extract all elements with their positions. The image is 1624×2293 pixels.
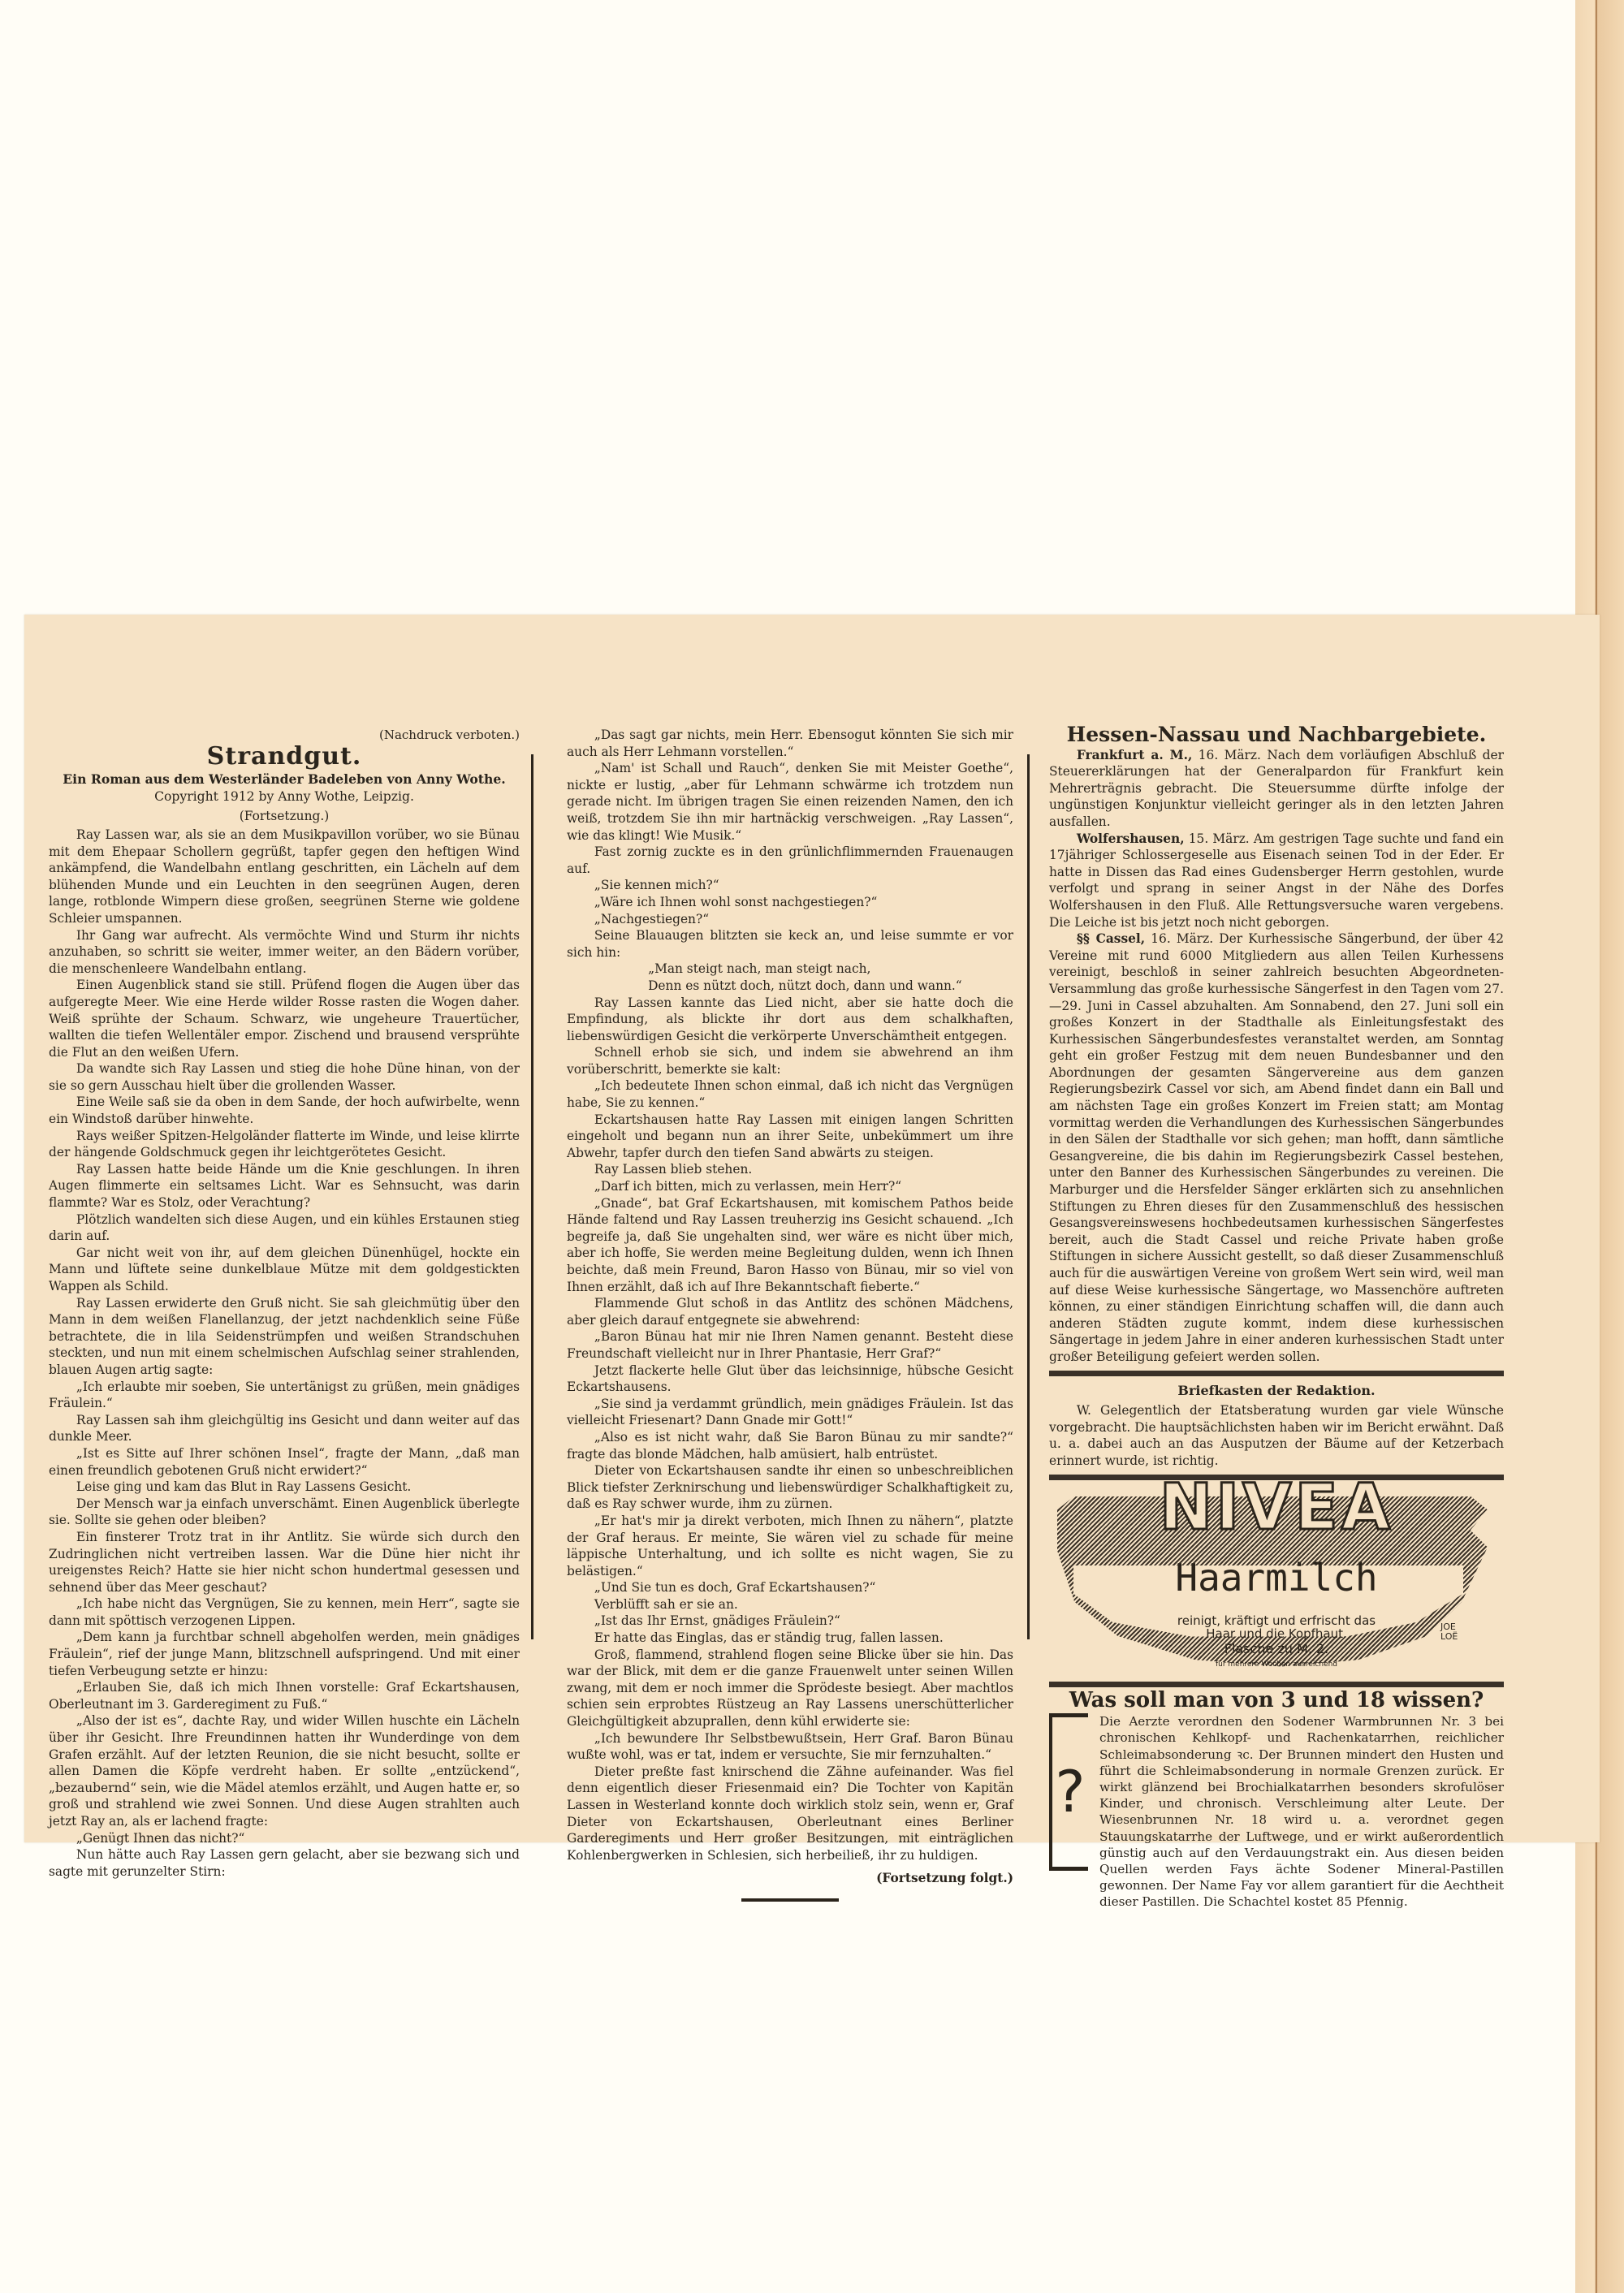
paragraph: „Also es ist nicht wahr, daß Sie Baron B… [567,1429,1013,1462]
paragraph: Ray Lassen hatte beide Hände um die Knie… [49,1161,520,1211]
paragraph: „Darf ich bitten, mich zu verlassen, mei… [567,1178,1013,1195]
paragraph: „Ich bedeutete Ihnen schon einmal, daß i… [567,1077,1013,1111]
paragraph: Ray Lassen erwiderte den Gruß nicht. Sie… [49,1295,520,1379]
paragraph: „Genügt Ihnen das nicht?“ [49,1830,520,1847]
paragraph: Leise ging und kam das Blut in Ray Lasse… [49,1479,520,1496]
paragraph: Seine Blauaugen blitzten sie keck an, un… [567,927,1013,961]
ad-tagline-line: Haar und die Kopfhaut. [1049,1627,1504,1640]
paragraph: „Sie sind ja verdammt gründlich, mein gn… [567,1396,1013,1429]
paragraph: Ray Lassen sah ihm gleichgültig ins Gesi… [49,1412,520,1445]
ad-note: für mehrere Wochen ausreichend [1049,1656,1504,1673]
section-divider [1049,1371,1504,1376]
column-divider [531,754,533,1639]
paragraph: Einen Augenblick stand sie still. Prüfen… [49,977,520,1060]
column-novel-part1: (Nachdruck verboten.) Strandgut. Ein Rom… [49,727,520,1880]
news-text: 16. März. Der Kurhessische Sängerbund, d… [1049,931,1504,1364]
reprint-notice: (Nachdruck verboten.) [49,727,520,744]
paragraph: Nun hätte auch Ray Lassen gern gelacht, … [49,1846,520,1880]
newspaper-clipping: (Nachdruck verboten.) Strandgut. Ein Rom… [24,615,1600,1842]
paragraph: Ihr Gang war aufrecht. Als vermöchte Win… [49,927,520,978]
paragraph: Ray Lassen blieb stehen. [567,1161,1013,1178]
mailbox-text: W. Gelegentlich der Etatsberatung wurden… [1049,1402,1504,1469]
section-title: Hessen-Nassau und Nachbargebiete. [1049,727,1504,744]
paragraph: „Baron Bünau hat mir nie Ihren Namen gen… [567,1328,1013,1362]
paragraph: „Ich habe nicht das Vergnügen, Sie zu ke… [49,1596,520,1629]
column-divider [1027,754,1030,1639]
paragraph: Eine Weile saß sie da oben in dem Sande,… [49,1094,520,1127]
paragraph: Ein finsterer Trotz trat in ihr Antlitz.… [49,1529,520,1596]
mailbox-title: Briefkasten der Redaktion. [1049,1383,1504,1400]
paragraph: „Er hat's mir ja direkt verboten, mich I… [567,1513,1013,1579]
paragraph: „Ist es Sitte auf Ihrer schönen Insel“, … [49,1445,520,1479]
paragraph: „Nam' ist Schall und Rauch“, denken Sie … [567,760,1013,844]
paragraph: Er hatte das Einglas, das er ständig tru… [567,1630,1013,1647]
news-place: §§ Cassel, [1077,931,1145,946]
section-divider [1049,1682,1504,1687]
question-mark-icon: ? [1049,1713,1088,1871]
ad-tagline-line: reinigt, kräftigt und erfrischt das [1049,1614,1504,1627]
column-regional-news: Hessen-Nassau und Nachbargebiete. Frankf… [1049,727,1504,1911]
ad-signature-line: LOË [1440,1632,1458,1642]
news-item: §§ Cassel, 16. März. Der Kurhessische Sä… [1049,931,1504,1365]
news-item: Wolfershausen, 15. März. Am gestrigen Ta… [1049,831,1504,931]
ad-signature-line: JOE [1440,1622,1458,1632]
paragraph: Plötzlich wandelten sich diese Augen, un… [49,1211,520,1245]
nivea-advertisement: NIVEA Haarmilch reinigt, kräftigt und er… [1049,1488,1504,1677]
paragraph: Dieter preßte fast knirschend die Zähne … [567,1764,1013,1864]
song-verse-line: „Man steigt nach, man steigt nach, [567,961,1013,978]
ad-price: Flasche zu M. 2. [1049,1641,1504,1658]
to-be-continued: (Fortsetzung folgt.) [567,1870,1013,1887]
news-item: Frankfurt a. M., 16. März. Nach dem vorl… [1049,747,1504,831]
paragraph: Der Mensch war ja einfach unverschämt. E… [49,1496,520,1529]
paragraph: „Wäre ich Ihnen wohl sonst nachgestiegen… [567,894,1013,911]
novel-byline: Ein Roman aus dem Westerländer Badeleben… [49,771,520,788]
paragraph: Jetzt flackerte helle Glut über das leic… [567,1362,1013,1396]
ad-signature: JOE LOË [1440,1622,1458,1642]
end-rule [741,1898,839,1902]
ad-tagline: reinigt, kräftigt und erfrischt das Haar… [1049,1614,1504,1640]
paragraph: „Dem kann ja furchtbar schnell abgeholfe… [49,1629,520,1679]
copyright-line: Copyright 1912 by Anny Wothe, Leipzig. [49,788,520,805]
paragraph: „Nachgestiegen?“ [567,911,1013,928]
paragraph: „Das sagt gar nichts, mein Herr. Ebensog… [567,727,1013,760]
question-ad-title: Was soll man von 3 und 18 wissen? [1049,1692,1504,1709]
column-novel-part2: „Das sagt gar nichts, mein Herr. Ebensog… [567,727,1013,1902]
paragraph: „Sie kennen mich?“ [567,877,1013,894]
paragraph: „Ich bewundere Ihr Selbstbewußtsein, Her… [567,1730,1013,1764]
paragraph: „Erlauben Sie, daß ich mich Ihnen vorste… [49,1679,520,1712]
novel-title: Strandgut. [49,749,520,766]
paragraph: Fast zornig zuckte es in den grünlichfli… [567,844,1013,877]
news-place: Frankfurt a. M., [1077,748,1192,762]
paragraph: „Also der ist es“, dachte Ray, und wider… [49,1712,520,1829]
paragraph: Flammende Glut schoß in das Antlitz des … [567,1295,1013,1328]
paragraph: „Ich erlaubte mir soeben, Sie untertänig… [49,1379,520,1412]
ad-brand: NIVEA [1049,1500,1504,1517]
paragraph: Dieter von Eckartshausen sandte ihr eine… [567,1462,1013,1513]
question-ad: ? Die Aerzte verordnen den Sodener Warmb… [1049,1713,1504,1910]
continuation-label: (Fortsetzung.) [49,808,520,825]
ad-product: Haarmilch [1049,1570,1504,1587]
paragraph: Ray Lassen kannte das Lied nicht, aber s… [567,995,1013,1045]
paragraph: Rays weißer Spitzen-Helgoländer flattert… [49,1128,520,1161]
question-ad-text: Die Aerzte verordnen den Sodener Warmbru… [1099,1713,1504,1910]
paragraph: Schnell erhob sie sich, und indem sie ab… [567,1044,1013,1077]
paragraph: „Gnade“, bat Graf Eckartshausen, mit kom… [567,1195,1013,1296]
paragraph: Gar nicht weit von ihr, auf dem gleichen… [49,1245,520,1295]
news-place: Wolfershausen, [1077,831,1185,846]
paragraph: Ray Lassen war, als sie an dem Musikpavi… [49,827,520,927]
paragraph: „Und Sie tun es doch, Graf Eckartshausen… [567,1579,1013,1596]
paragraph: „Ist das Ihr Ernst, gnädiges Fräulein?“ [567,1613,1013,1630]
paragraph: Groß, flammend, strahlend flogen seine B… [567,1647,1013,1730]
paragraph: Verblüfft sah er sie an. [567,1596,1013,1613]
paragraph: Da wandte sich Ray Lassen und stieg die … [49,1060,520,1094]
song-verse-line: Denn es nützt doch, nützt doch, dann und… [567,978,1013,995]
paragraph: Eckartshausen hatte Ray Lassen mit einig… [567,1112,1013,1162]
